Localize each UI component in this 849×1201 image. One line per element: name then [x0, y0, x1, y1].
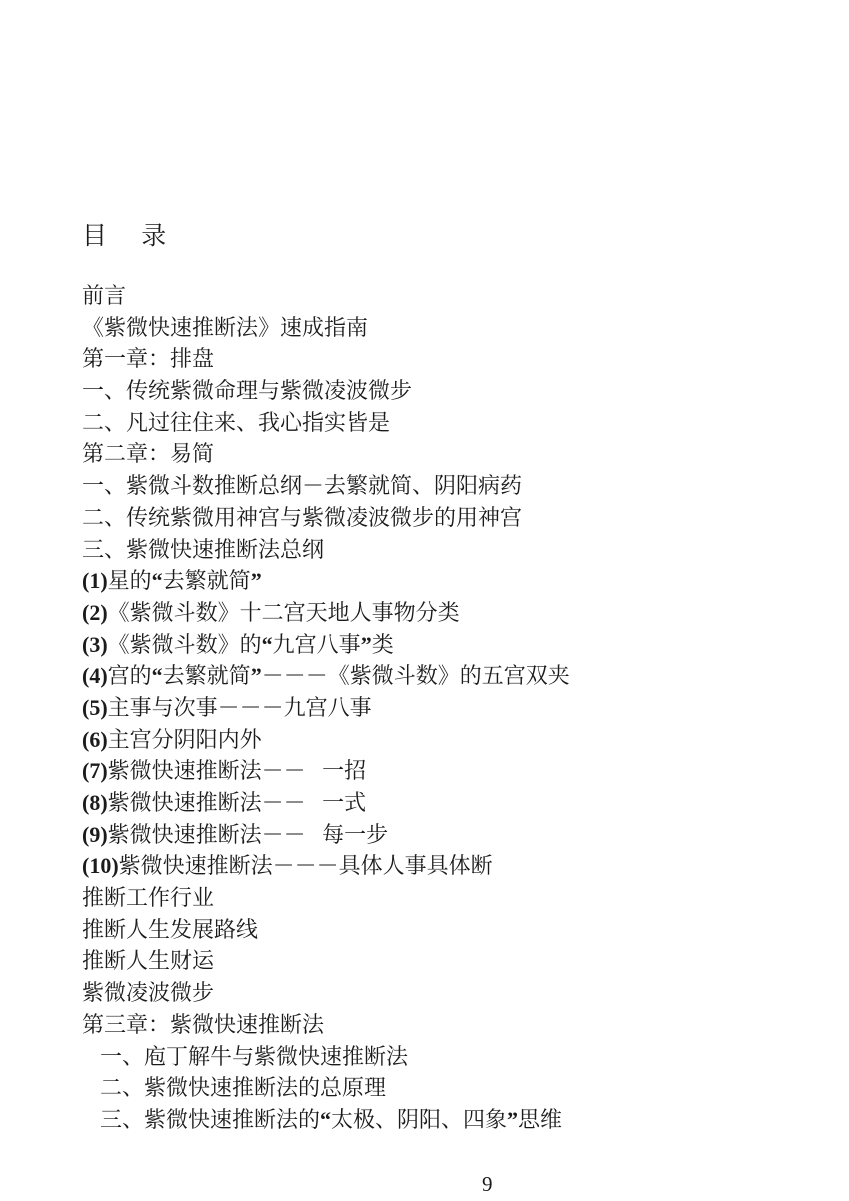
toc-entry-bold-segment: “: [152, 663, 163, 688]
toc-entry-bold-segment: (3): [82, 632, 108, 657]
toc-entry: 第二章：易简: [82, 438, 782, 470]
toc-entry-text: 推断工作行业: [82, 885, 214, 910]
toc-entry-text: 《紫微快速推断法》速成指南: [82, 315, 368, 340]
toc-entry-text: 推断人生财运: [82, 948, 214, 973]
toc-entry-text: 三、紫微快速推断法总纲: [82, 537, 324, 562]
toc-entry-bold-segment: (6): [82, 727, 108, 752]
toc-entry: (5)主事与次事－－－九宫八事: [82, 692, 782, 724]
toc-entry-bold-segment: “: [262, 632, 273, 657]
page-number: 9: [482, 1170, 493, 1198]
toc-entry-text: 星的: [108, 568, 152, 593]
toc-entry-text: 第一章：排盘: [82, 346, 214, 371]
toc-entry-text: 紫微快速推断法－－ 每一步: [108, 822, 389, 847]
toc-entry-text: 《紫微斗数》十二宫天地人事物分类: [108, 600, 460, 625]
toc-entry-text: 二、凡过往住来、我心指实皆是: [82, 410, 390, 435]
toc-title: 目 录: [82, 222, 167, 251]
toc-entry-text: 类: [372, 632, 394, 657]
toc-entry: 三、紫微快速推断法总纲: [82, 534, 782, 566]
toc-entry-bold-segment: “: [320, 1107, 331, 1132]
toc-entry-bold-segment: (4): [82, 663, 108, 688]
toc-entry: (7)紫微快速推断法－－ 一招: [82, 755, 782, 787]
toc-entry-text: 紫微凌波微步: [82, 980, 214, 1005]
toc-entry: (2)《紫微斗数》十二宫天地人事物分类: [82, 597, 782, 629]
toc-entry: 第三章：紫微快速推断法: [82, 1009, 782, 1041]
toc-entry: 三、紫微快速推断法的“太极、阴阳、四象”思维: [82, 1104, 782, 1136]
toc-entry-text: 一、庖丁解牛与紫微快速推断法: [100, 1044, 408, 1069]
toc-entry: (4)宫的“去繁就简”－－－《紫微斗数》的五宫双夹: [82, 660, 782, 692]
toc-entry-text: 思维: [518, 1107, 562, 1132]
toc-entry-text: 三、紫微快速推断法的: [100, 1107, 320, 1132]
toc-entry-text: 去繁就简: [163, 663, 251, 688]
toc-entry: 《紫微快速推断法》速成指南: [82, 312, 782, 344]
toc-entry-text: 一、传统紫微命理与紫微凌波微步: [82, 378, 412, 403]
toc-entry: 推断工作行业: [82, 882, 782, 914]
toc-entry: (3)《紫微斗数》的“九宫八事”类: [82, 629, 782, 661]
toc-entry-text: 主事与次事－－－九宫八事: [108, 695, 372, 720]
toc-entry-bold-segment: (7): [82, 758, 108, 783]
toc-entry-text: 九宫八事: [273, 632, 361, 657]
toc-entry-text: 紫微快速推断法－－ 一式: [108, 790, 367, 815]
toc-entry: 推断人生发展路线: [82, 914, 782, 946]
toc-entry-text: 推断人生发展路线: [82, 917, 258, 942]
toc-entry-bold-segment: “: [152, 568, 163, 593]
toc-entry-bold-segment: ”: [251, 568, 262, 593]
toc-entry: 一、庖丁解牛与紫微快速推断法: [82, 1041, 782, 1073]
toc-entry: 二、凡过往住来、我心指实皆是: [82, 407, 782, 439]
document-page: 目 录 前言《紫微快速推断法》速成指南第一章：排盘一、传统紫微命理与紫微凌波微步…: [0, 0, 849, 1201]
toc-entry-text: 紫微快速推断法－－－具体人事具体断: [119, 853, 493, 878]
toc-entry-bold-segment: (1): [82, 568, 108, 593]
toc-entry-bold-segment: ”: [251, 663, 262, 688]
toc-entries: 前言《紫微快速推断法》速成指南第一章：排盘一、传统紫微命理与紫微凌波微步二、凡过…: [82, 280, 782, 1136]
toc-entry-text: 二、传统紫微用神宫与紫微凌波微步的用神宫: [82, 505, 522, 530]
toc-entry: 二、紫微快速推断法的总原理: [82, 1072, 782, 1104]
toc-entry: 二、传统紫微用神宫与紫微凌波微步的用神宫: [82, 502, 782, 534]
toc-entry-bold-segment: (2): [82, 600, 108, 625]
toc-entry: (8)紫微快速推断法－－ 一式: [82, 787, 782, 819]
toc-entry-bold-segment: ”: [361, 632, 372, 657]
toc-entry-text: 一、紫微斗数推断总纲－去繁就简、阴阳病药: [82, 473, 522, 498]
toc-entry-bold-segment: (8): [82, 790, 108, 815]
toc-entry: (10)紫微快速推断法－－－具体人事具体断: [82, 850, 782, 882]
toc-entry: (9)紫微快速推断法－－ 每一步: [82, 819, 782, 851]
toc-entry: 推断人生财运: [82, 945, 782, 977]
toc-entry: 一、紫微斗数推断总纲－去繁就简、阴阳病药: [82, 470, 782, 502]
toc-entry-text: 二、紫微快速推断法的总原理: [100, 1075, 386, 1100]
toc-entry-text: 主宫分阴阳内外: [108, 727, 262, 752]
toc-entry: (6)主宫分阴阳内外: [82, 724, 782, 756]
toc-entry-text: 第三章：紫微快速推断法: [82, 1012, 324, 1037]
toc-entry-text: 紫微快速推断法－－ 一招: [108, 758, 367, 783]
toc-entry: 前言: [82, 280, 782, 312]
toc-entry-bold-segment: (10): [82, 853, 119, 878]
toc-entry: 第一章：排盘: [82, 343, 782, 375]
toc-entry-text: 前言: [82, 283, 126, 308]
toc-entry: 紫微凌波微步: [82, 977, 782, 1009]
toc-entry-text: 《紫微斗数》的: [108, 632, 262, 657]
toc-entry-bold-segment: (9): [82, 822, 108, 847]
toc-entry-text: 太极、阴阳、四象: [331, 1107, 507, 1132]
toc-entry: (1)星的“去繁就简”: [82, 565, 782, 597]
toc-entry-bold-segment: ”: [507, 1107, 518, 1132]
toc-entry-text: 第二章：易简: [82, 441, 214, 466]
toc-entry-bold-segment: (5): [82, 695, 108, 720]
toc-entry: 一、传统紫微命理与紫微凌波微步: [82, 375, 782, 407]
toc-entry-text: －－－《紫微斗数》的五宫双夹: [262, 663, 570, 688]
toc-entry-text: 去繁就简: [163, 568, 251, 593]
toc-entry-text: 宫的: [108, 663, 152, 688]
